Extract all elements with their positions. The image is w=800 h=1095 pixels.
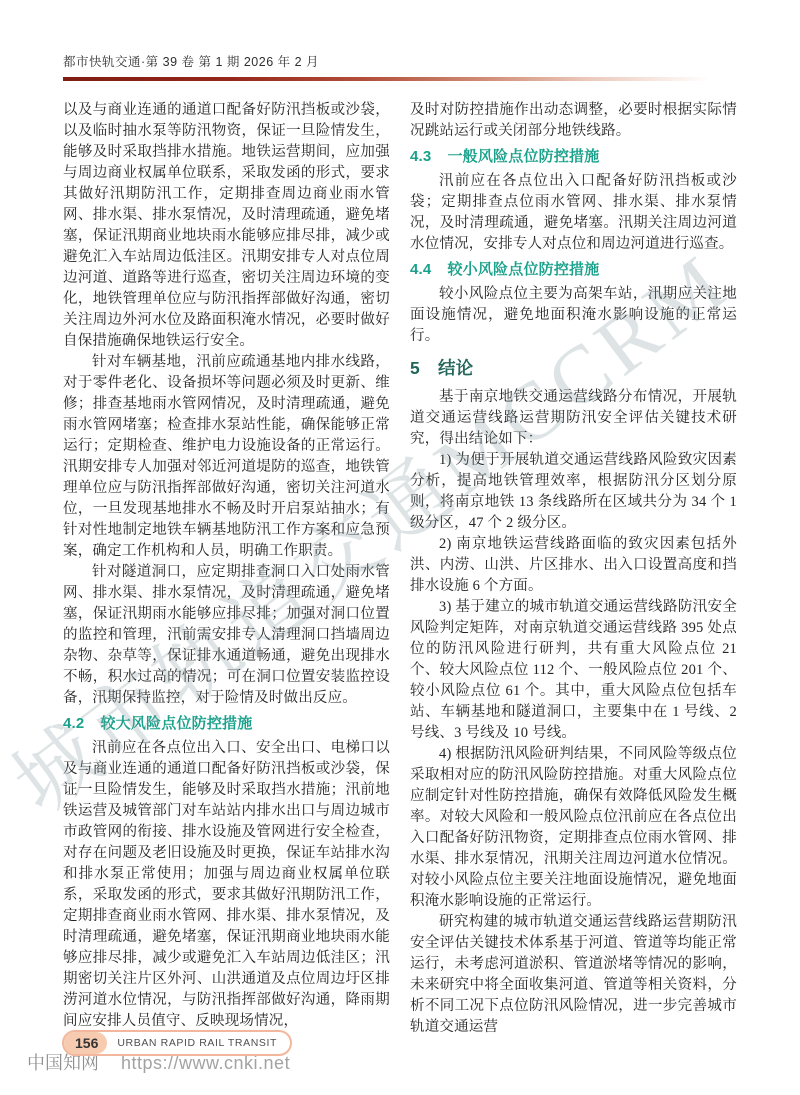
section-title: 较小风险点位防控措施 xyxy=(447,261,599,278)
section-number: 5 xyxy=(410,358,420,378)
journal-issue-line: 都市快轨交通·第 39 卷 第 1 期 2026 年 2 月 xyxy=(63,52,737,70)
paragraph: 针对隧道洞口，应定期排查洞口入口处雨水管网、排水渠、排水泵情况，及时清理疏通，避… xyxy=(63,562,390,709)
section-heading-4-2: 4.2较大风险点位防控措施 xyxy=(63,712,390,736)
cnki-url: https://www.cnki.net xyxy=(121,1053,290,1074)
section-heading-4-4: 4.4较小风险点位防控措施 xyxy=(410,258,737,282)
section-heading-4-3: 4.3一般风险点位防控措施 xyxy=(410,145,737,169)
page-number: 156 xyxy=(64,1032,107,1054)
paragraph: 较小风险点位主要为高架车站，汛期应关注地面设施情况，避免地面积淹水影响设施的正常… xyxy=(410,284,737,347)
section-title: 结论 xyxy=(438,358,473,378)
paragraph: 针对车辆基地，汛前应疏通基地内排水线路，对于零件老化、设备损坏等问题必须及时更新… xyxy=(63,352,390,562)
paragraph: 汛前应在各点位出入口配备好防汛挡板或沙袋；定期排查点位雨水管网、排水渠、排水泵情… xyxy=(410,171,737,255)
paragraph: 2) 南京地铁运营线路面临的致灾因素包括外洪、内涝、山洪、片区排水、出入口设置高… xyxy=(410,534,737,597)
paragraph: 研究构建的城市轨道交通运营线路运营期防汛安全评估关键技术体系基于河道、管道等均能… xyxy=(410,912,737,1038)
paragraph: 汛前应在各点位出入口、安全出口、电梯口以及与商业连通的通道口配备好防汛挡板或沙袋… xyxy=(63,738,390,1032)
section-title: 一般风险点位防控措施 xyxy=(447,148,599,165)
section-title: 较大风险点位防控措施 xyxy=(100,715,252,732)
header-rule xyxy=(63,77,737,81)
chapter-heading-5: 5结论 xyxy=(410,353,737,383)
journal-caption: URBAN RAPID RAIL TRANSIT xyxy=(107,1032,290,1054)
section-number: 4.4 xyxy=(410,261,431,278)
left-column: 以及与商业连通的通道口配备好防汛挡板或沙袋，以及临时抽水泵等防汛物资，保证一旦险… xyxy=(63,100,390,1038)
paragraph: 以及与商业连通的通道口配备好防汛挡板或沙袋，以及临时抽水泵等防汛物资，保证一旦险… xyxy=(63,100,390,352)
paragraph: 及时对防控措施作出动态调整，必要时根据实际情况跳站运行或关闭部分地铁线路。 xyxy=(410,100,737,142)
paragraph: 基于南京地铁交通运营线路分布情况，开展轨道交通运营线路运营期防汛安全评估关键技术… xyxy=(410,387,737,450)
right-column: 及时对防控措施作出动态调整，必要时根据实际情况跳站运行或关闭部分地铁线路。 4.… xyxy=(410,100,737,1038)
paragraph: 1) 为便于开展轨道交通运营线路风险致灾因素分析，提高地铁管理效率，根据防汛分区… xyxy=(410,450,737,534)
document-page: 城市轨道交通MCCRM 都市快轨交通·第 39 卷 第 1 期 2026 年 2… xyxy=(0,0,800,1095)
paragraph: 3) 基于建立的城市轨道交通运营线路防汛安全风险判定矩阵，对南京轨道交通运营线路… xyxy=(410,597,737,744)
section-number: 4.2 xyxy=(63,715,84,732)
two-column-body: 以及与商业连通的通道口配备好防汛挡板或沙袋，以及临时抽水泵等防汛物资，保证一旦险… xyxy=(63,100,737,1038)
page-number-badge: 156 URBAN RAPID RAIL TRANSIT xyxy=(62,1030,292,1056)
paragraph: 4) 根据防汛风险研判结果，不同风险等级点位采取相对应的防汛风险防控措施。对重大… xyxy=(410,744,737,912)
page-header: 都市快轨交通·第 39 卷 第 1 期 2026 年 2 月 xyxy=(63,52,737,81)
section-number: 4.3 xyxy=(410,148,431,165)
